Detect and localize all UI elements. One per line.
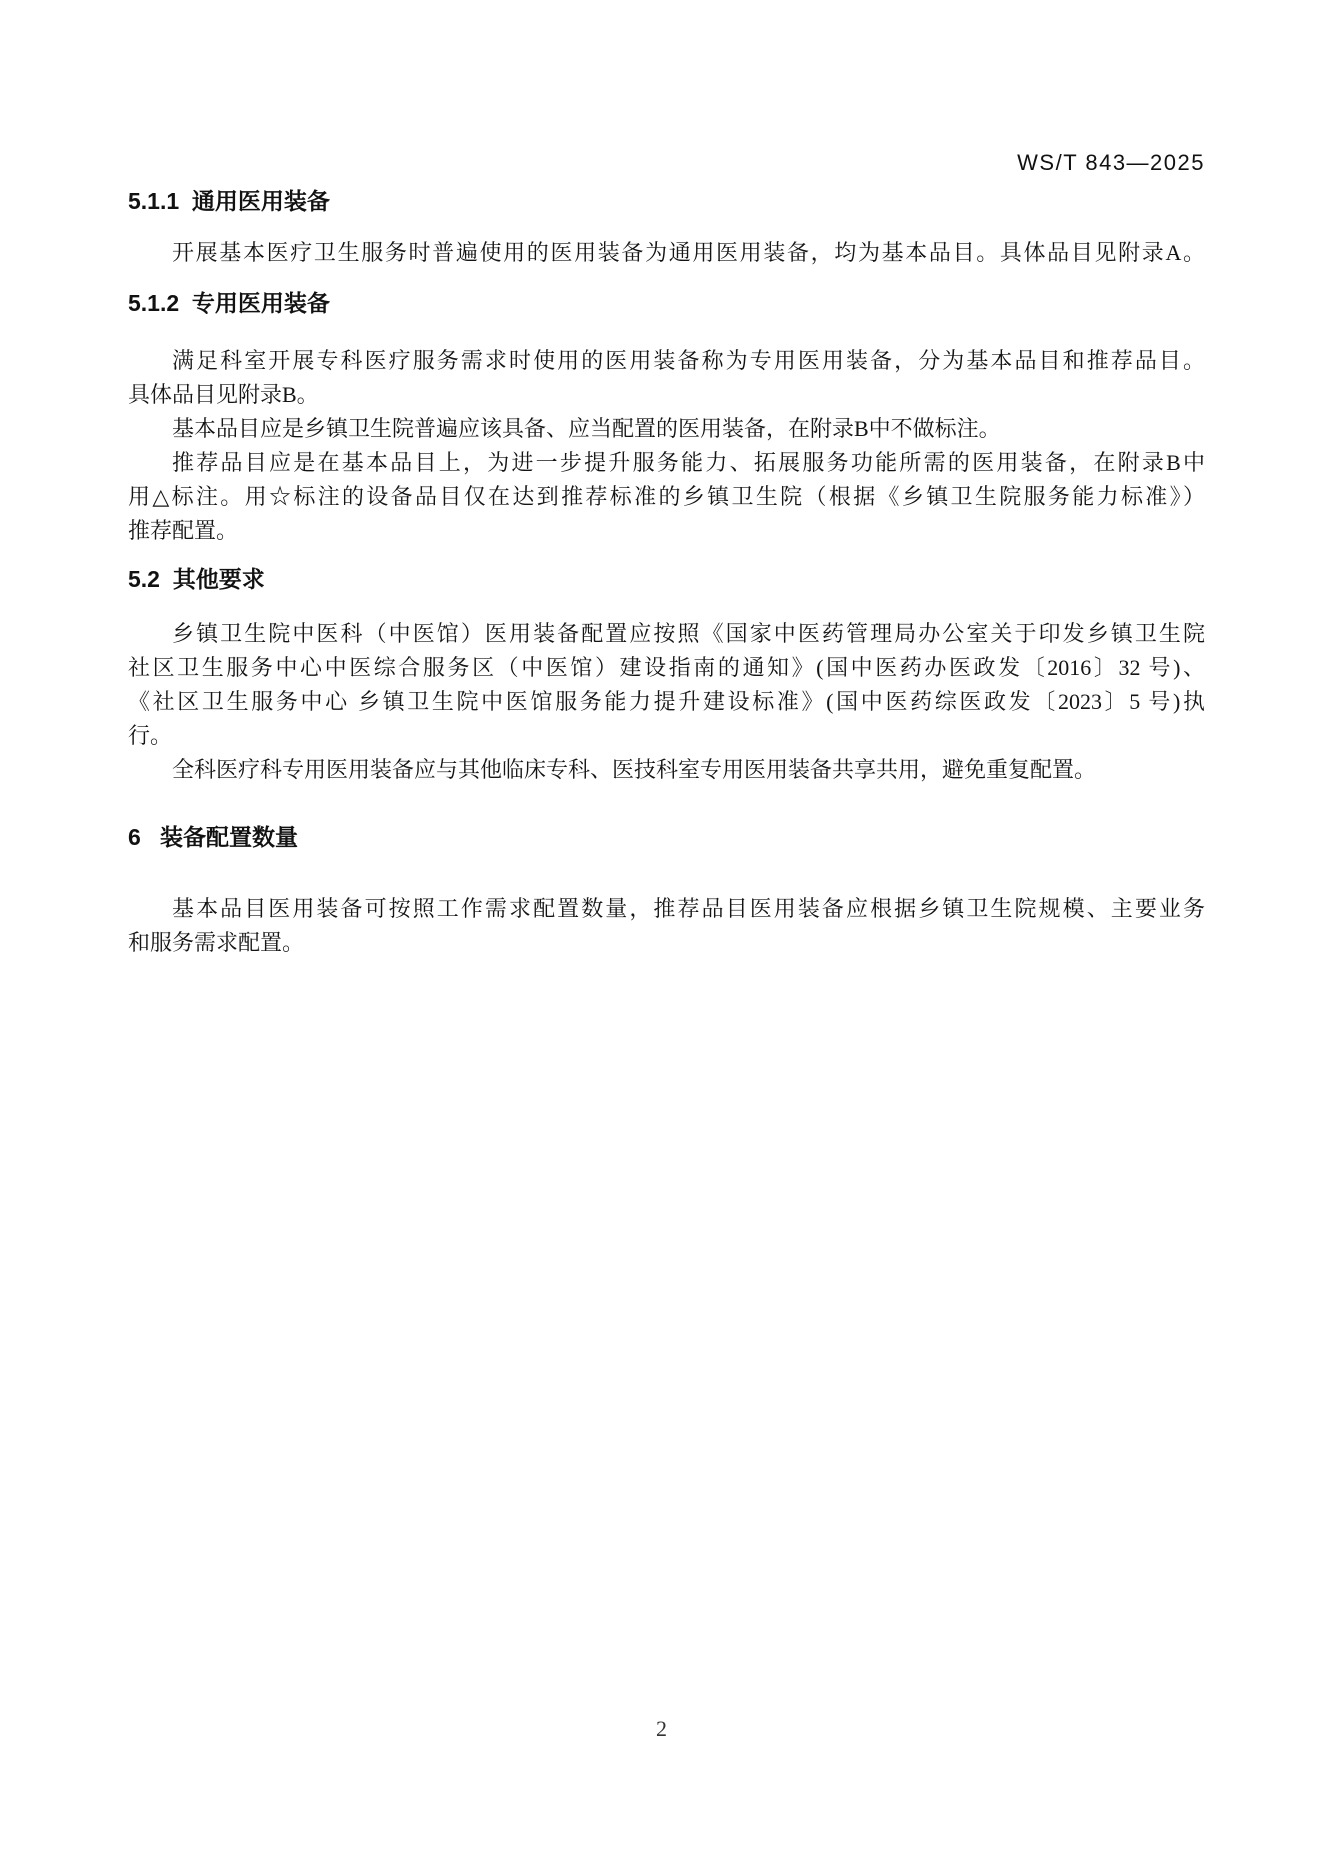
section-heading-5-2: 5.2 其他要求: [128, 562, 1205, 596]
section-body-5-1-2: 满足科室开展专科医疗服务需求时使用的医用装备称为专用医用装备，分为基本品目和推荐…: [128, 344, 1205, 548]
paragraph-line: 乡镇卫生院中医科（中医馆）医用装备配置应按照《国家中医药管理局办公室关于印发乡镇…: [128, 617, 1205, 651]
section-heading-5-1-2: 5.1.2 专用医用装备: [128, 286, 1205, 320]
paragraph-line: 满足科室开展专科医疗服务需求时使用的医用装备称为专用医用装备，分为基本品目和推荐…: [128, 344, 1205, 378]
paragraph-line: 基本品目应是乡镇卫生院普遍应该具备、应当配置的医用装备，在附录B中不做标注。: [128, 412, 1205, 446]
document-page: WS/T 843—2025 5.1.1 通用医用装备 开展基本医疗卫生服务时普遍…: [0, 0, 1323, 1871]
paragraph-line: 《社区卫生服务中心 乡镇卫生院中医馆服务能力提升建设标准》(国中医药综医政发〔2…: [128, 685, 1205, 719]
paragraph-line: 行。: [128, 719, 1205, 753]
paragraph-line: 全科医疗科专用医用装备应与其他临床专科、医技科室专用医用装备共享共用，避免重复配…: [128, 753, 1205, 787]
paragraph-line: 基本品目医用装备可按照工作需求配置数量，推荐品目医用装备应根据乡镇卫生院规模、主…: [128, 892, 1205, 926]
section-body-6: 基本品目医用装备可按照工作需求配置数量，推荐品目医用装备应根据乡镇卫生院规模、主…: [128, 892, 1205, 960]
paragraph-line: 推荐品目应是在基本品目上，为进一步提升服务能力、拓展服务功能所需的医用装备，在附…: [128, 446, 1205, 480]
page-number: 2: [0, 1712, 1323, 1746]
paragraph-line: 开展基本医疗卫生服务时普遍使用的医用装备为通用医用装备，均为基本品目。具体品目见…: [128, 236, 1205, 270]
paragraph-line: 具体品目见附录B。: [128, 378, 1205, 412]
standard-code-header: WS/T 843—2025: [1017, 150, 1205, 176]
section-body-5-1-1: 开展基本医疗卫生服务时普遍使用的医用装备为通用医用装备，均为基本品目。具体品目见…: [128, 236, 1205, 270]
paragraph-line: 推荐配置。: [128, 514, 1205, 548]
section-body-5-2: 乡镇卫生院中医科（中医馆）医用装备配置应按照《国家中医药管理局办公室关于印发乡镇…: [128, 617, 1205, 787]
section-heading-6: 6 装备配置数量: [128, 820, 1205, 854]
paragraph-line: 和服务需求配置。: [128, 926, 1205, 960]
section-heading-5-1-1: 5.1.1 通用医用装备: [128, 184, 1205, 218]
paragraph-line: 社区卫生服务中心中医综合服务区（中医馆）建设指南的通知》(国中医药办医政发〔20…: [128, 651, 1205, 685]
paragraph-line: 用△标注。用☆标注的设备品目仅在达到推荐标准的乡镇卫生院（根据《乡镇卫生院服务能…: [128, 480, 1205, 514]
